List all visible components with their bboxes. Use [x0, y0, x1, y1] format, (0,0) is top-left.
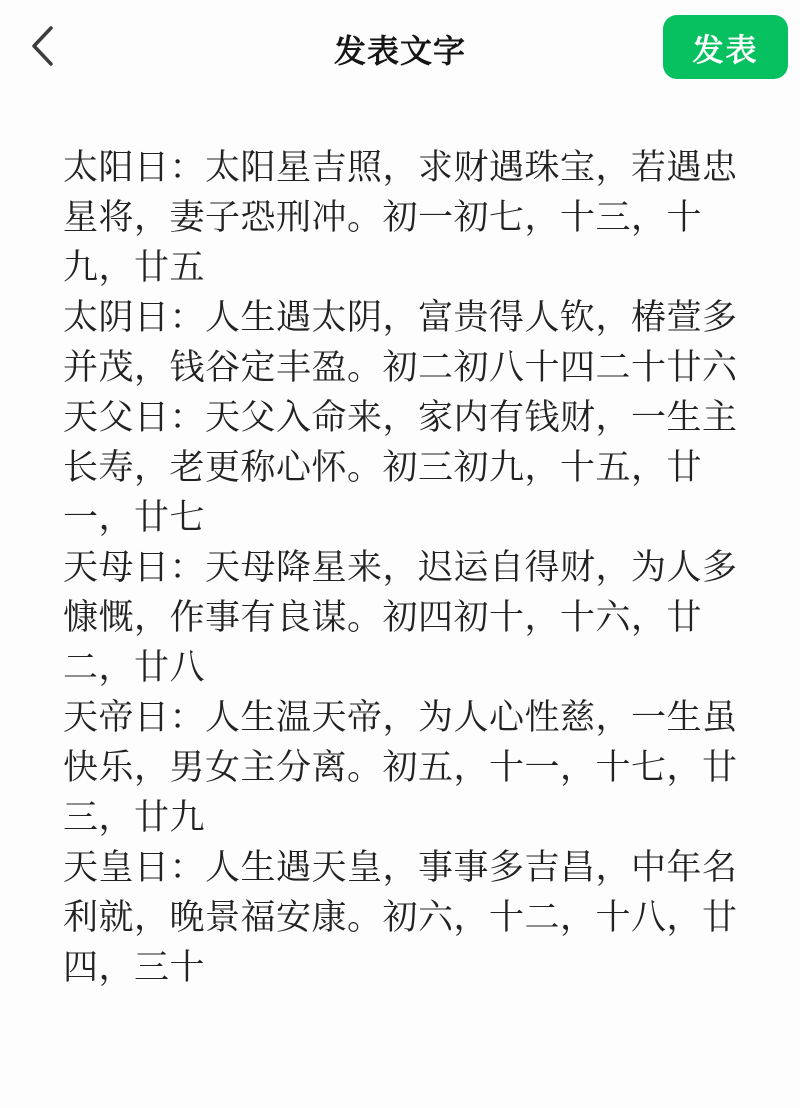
text-paragraph: 天帝日：人生温天帝，为人心性慈，一生虽快乐，男女主分离。初五，十一，十七，廿三，…: [63, 693, 745, 843]
header-bar: 发表文字 发表: [0, 0, 800, 110]
text-paragraph: 天父日：天父入命来，家内有钱财，一生主长寿，老更称心怀。初三初九，十五，廿一，廿…: [63, 393, 745, 543]
publish-button[interactable]: 发表: [663, 15, 788, 79]
text-editor[interactable]: 太阳日：太阳星吉照，求财遇珠宝，若遇忠星将，妻子恐刑冲。初一初七，十三，十九，廿…: [63, 143, 745, 993]
publish-text-screen: 发表文字 发表 太阳日：太阳星吉照，求财遇珠宝，若遇忠星将，妻子恐刑冲。初一初七…: [0, 0, 800, 1108]
text-paragraph: 太阳日：太阳星吉照，求财遇珠宝，若遇忠星将，妻子恐刑冲。初一初七，十三，十九，廿…: [63, 143, 745, 293]
text-paragraph: 太阴日：人生遇太阴，富贵得人钦，椿萱多并茂，钱谷定丰盈。初二初八十四二十廿六: [63, 293, 745, 393]
text-paragraph: 天母日：天母降星来，迟运自得财，为人多慷慨，作事有良谋。初四初十，十六，廿二，廿…: [63, 543, 745, 693]
text-paragraph: 天皇日：人生遇天皇，事事多吉昌，中年名利就，晚景福安康。初六，十二，十八，廿四，…: [63, 843, 745, 993]
